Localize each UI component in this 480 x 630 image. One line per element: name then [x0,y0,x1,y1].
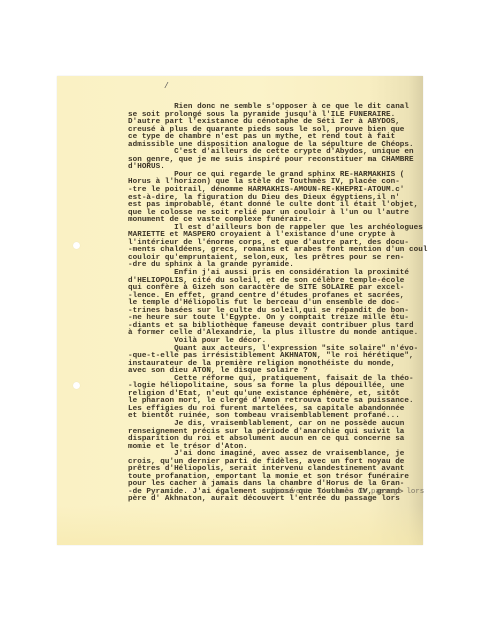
page-body-text: Rien donc ne semble s'opposer à ce que l… [128,104,428,504]
typewritten-page: / Rien donc ne semble s'opposer à ce que… [57,76,423,545]
punch-hole-bottom [73,382,80,389]
overtyped-text: découvert: l'entrée du passage lors [269,488,424,496]
margin-pen-mark: / [164,82,169,91]
text-line: son genre, que je me suis inspiré pour r… [128,157,428,165]
text-line: père d' Akhnaton, aurait découvert l'ent… [128,496,428,504]
punch-hole-top [73,242,80,249]
